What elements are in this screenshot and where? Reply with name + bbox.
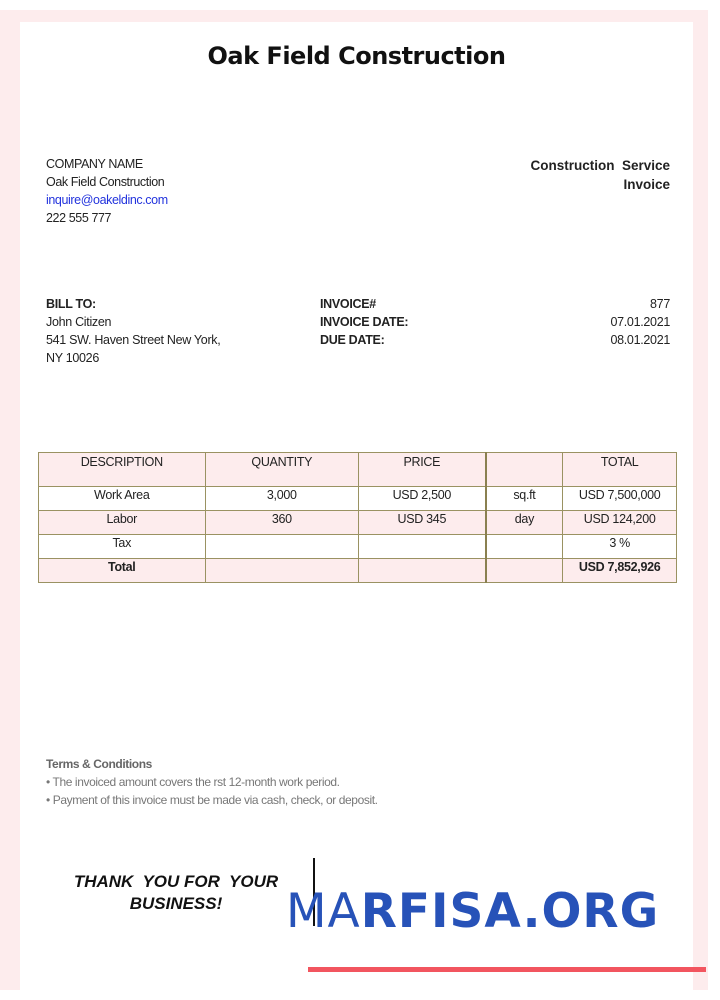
company-phone: 222 555 777 [46, 209, 168, 227]
cell-description: Tax [39, 535, 206, 559]
invoice-date: 07.01.2021 [610, 313, 670, 331]
table-header-row: DESCRIPTION QUANTITY PRICE TOTAL [39, 453, 677, 487]
cell-unit: day [486, 511, 563, 535]
watermark-text-bold: RFISA.ORG [361, 884, 659, 939]
table-row: Labor 360 USD 345 day USD 124,200 [39, 511, 677, 535]
thank-you-note: THANK YOU FOR YOUR BUSINESS! [56, 871, 296, 915]
bill-to-block: BILL TO: John Citizen 541 SW. Haven Stre… [46, 295, 220, 367]
invoice-number-label: INVOICE# [320, 295, 408, 313]
cell-grand-total: USD 7,852,926 [563, 559, 677, 583]
service-line-1: Construction Service [530, 156, 670, 175]
thank-you-line-2: BUSINESS! [56, 893, 296, 915]
cell-description: Work Area [39, 487, 206, 511]
thank-you-line-1: THANK YOU FOR YOUR [56, 871, 296, 893]
header-price: PRICE [359, 453, 486, 487]
invoice-info-labels: INVOICE# INVOICE DATE: DUE DATE: [320, 295, 408, 349]
cell-description: Total [39, 559, 206, 583]
invoice-page: Oak Field Construction COMPANY NAME Oak … [20, 22, 693, 990]
company-name: Oak Field Construction [46, 173, 168, 191]
cell-quantity [205, 535, 359, 559]
terms-item: • Payment of this invoice must be made v… [46, 791, 378, 809]
bill-to-address-2: NY 10026 [46, 349, 220, 367]
watermark-text-thin: MA [286, 884, 361, 939]
company-email-link[interactable]: inquire@oakeldinc.com [46, 191, 168, 209]
due-date-label: DUE DATE: [320, 331, 408, 349]
header-description: DESCRIPTION [39, 453, 206, 487]
cell-quantity: 3,000 [205, 487, 359, 511]
cell-price [359, 559, 486, 583]
watermark-underline [308, 967, 706, 972]
cell-total: USD 7,500,000 [563, 487, 677, 511]
document-title: Oak Field Construction [20, 42, 693, 70]
line-items-table: DESCRIPTION QUANTITY PRICE TOTAL Work Ar… [38, 452, 677, 583]
terms-block: Terms & Conditions • The invoiced amount… [46, 755, 378, 809]
table-row: Work Area 3,000 USD 2,500 sq.ft USD 7,50… [39, 487, 677, 511]
cell-unit [486, 559, 563, 583]
header-quantity: QUANTITY [205, 453, 359, 487]
cell-total: USD 124,200 [563, 511, 677, 535]
table-total-row: Total USD 7,852,926 [39, 559, 677, 583]
header-unit [486, 453, 563, 487]
table-row: Tax 3 % [39, 535, 677, 559]
cell-price: USD 345 [359, 511, 486, 535]
company-label: COMPANY NAME [46, 155, 168, 173]
bill-to-label: BILL TO: [46, 295, 220, 313]
company-block: COMPANY NAME Oak Field Construction inqu… [46, 155, 168, 227]
invoice-info-values: 877 07.01.2021 08.01.2021 [610, 295, 670, 349]
cell-description: Labor [39, 511, 206, 535]
terms-heading: Terms & Conditions [46, 755, 378, 773]
cell-total: 3 % [563, 535, 677, 559]
cell-unit [486, 535, 563, 559]
cell-price: USD 2,500 [359, 487, 486, 511]
bill-to-name: John Citizen [46, 313, 220, 331]
cell-unit: sq.ft [486, 487, 563, 511]
cell-price [359, 535, 486, 559]
header-total: TOTAL [563, 453, 677, 487]
bill-to-address-1: 541 SW. Haven Street New York, [46, 331, 220, 349]
invoice-number: 877 [610, 295, 670, 313]
due-date: 08.01.2021 [610, 331, 670, 349]
service-heading: Construction Service Invoice [530, 156, 670, 194]
invoice-date-label: INVOICE DATE: [320, 313, 408, 331]
cell-quantity [205, 559, 359, 583]
watermark-logo: MARFISA.ORG [286, 888, 659, 935]
cell-quantity: 360 [205, 511, 359, 535]
terms-item: • The invoiced amount covers the rst 12-… [46, 773, 378, 791]
service-line-2: Invoice [530, 175, 670, 194]
